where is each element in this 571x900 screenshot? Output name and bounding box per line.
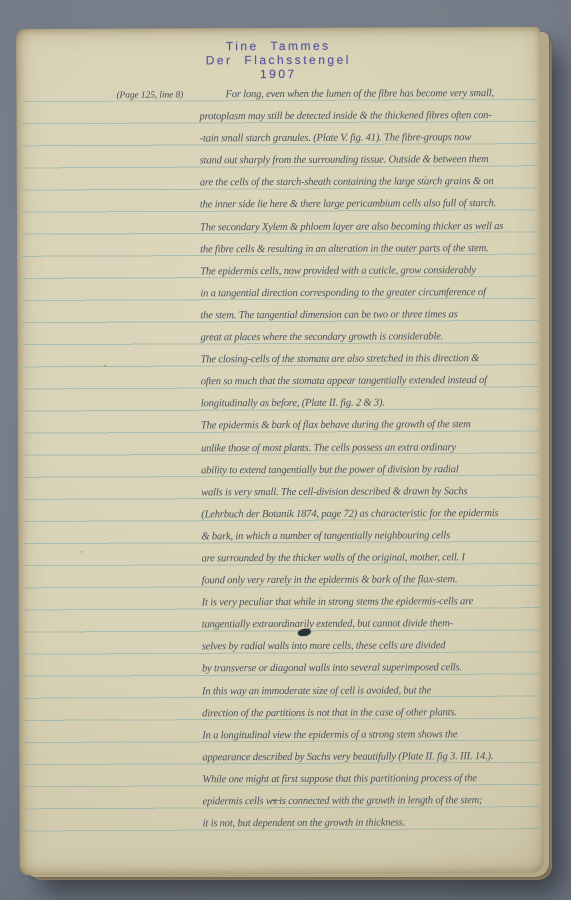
manuscript-line: protoplasm may still be detected inside … xyxy=(199,105,543,129)
manuscript-line: by transverse or diagonal walls into sev… xyxy=(202,657,544,681)
manuscript-line: walls is very small. The cell-division d… xyxy=(201,481,544,505)
manuscript-line: direction of the partitions is not that … xyxy=(202,701,544,725)
manuscript-line: -tain small starch granules. (Plate V. f… xyxy=(200,127,544,151)
manuscript-line: in a tangential direction corresponding … xyxy=(200,282,544,306)
manuscript-line: are the cells of the starch-sheath conta… xyxy=(200,171,544,195)
manuscript-line: found only very rarely in the epidermis … xyxy=(202,569,544,593)
manuscript-text: For long, even when the lumen of the fib… xyxy=(199,83,543,836)
manuscript-line: It is very peculiar that while in strong… xyxy=(202,591,544,615)
manuscript-line: selves by radial walls into more cells, … xyxy=(202,635,544,659)
photo-backdrop: Tine Tammes Der Flachsstengel 1907 (Page… xyxy=(0,0,571,900)
manuscript-line: stand out sharply from the surrounding t… xyxy=(200,149,544,173)
title-stamp: Tine Tammes Der Flachsstengel 1907 xyxy=(16,38,540,82)
manuscript-line: The closing-cells of the stomata are als… xyxy=(201,348,544,372)
manuscript-line: are surrounded by the thicker walls of t… xyxy=(201,547,543,571)
manuscript-line: tangentially extraordinarily extended, b… xyxy=(202,613,544,637)
manuscript-line: ability to extend tangentially but the p… xyxy=(201,458,544,482)
manuscript-line: unlike those of most plants. The cells p… xyxy=(201,436,544,460)
manuscript-line: The epidermis cells, now provided with a… xyxy=(200,260,544,284)
manuscript-line: longitudinally as before, (Plate II. fig… xyxy=(201,392,544,416)
manuscript-line: In a longitudinal view the epidermis of … xyxy=(202,724,544,748)
manuscript-line: often so much that the stomata appear ta… xyxy=(201,370,544,394)
foxing-spot xyxy=(104,365,107,367)
foxing-spot xyxy=(425,175,427,178)
manuscript-line: the inner side lie here & there large pe… xyxy=(200,193,544,217)
notebook-page: Tine Tammes Der Flachsstengel 1907 (Page… xyxy=(16,27,544,875)
manuscript-line: epidermis cells w̶s̶ is connected with t… xyxy=(202,790,543,814)
manuscript-line: & bark, in which a number of tangentiall… xyxy=(201,525,544,549)
manuscript-line: the fibre cells & resulting in an altera… xyxy=(200,237,544,261)
manuscript-line: appearance described by Sachs very beaut… xyxy=(202,746,544,770)
manuscript-line: The secondary Xylem & phloem layer are a… xyxy=(200,215,544,239)
manuscript-line: (Lehrbuch der Botanik 1874, page 72) as … xyxy=(201,503,544,527)
manuscript-line: For long, even when the lumen of the fib… xyxy=(199,83,543,107)
manuscript-line: the stem. The tangential dimension can b… xyxy=(200,304,543,328)
manuscript-line: it is not, but dependent on the growth i… xyxy=(203,812,544,836)
foxing-spot xyxy=(80,551,82,553)
title-stamp-line-3: 1907 xyxy=(16,66,540,82)
margin-note: (Page 125, line 8) xyxy=(116,84,183,106)
manuscript-line: In this way an immoderate size of cell i… xyxy=(202,679,544,703)
manuscript-line: While one might at first suppose that th… xyxy=(202,768,543,792)
manuscript-line: great at places where the secondary grow… xyxy=(200,326,543,350)
manuscript-line: The epidermis & bark of flax behave duri… xyxy=(201,414,544,438)
